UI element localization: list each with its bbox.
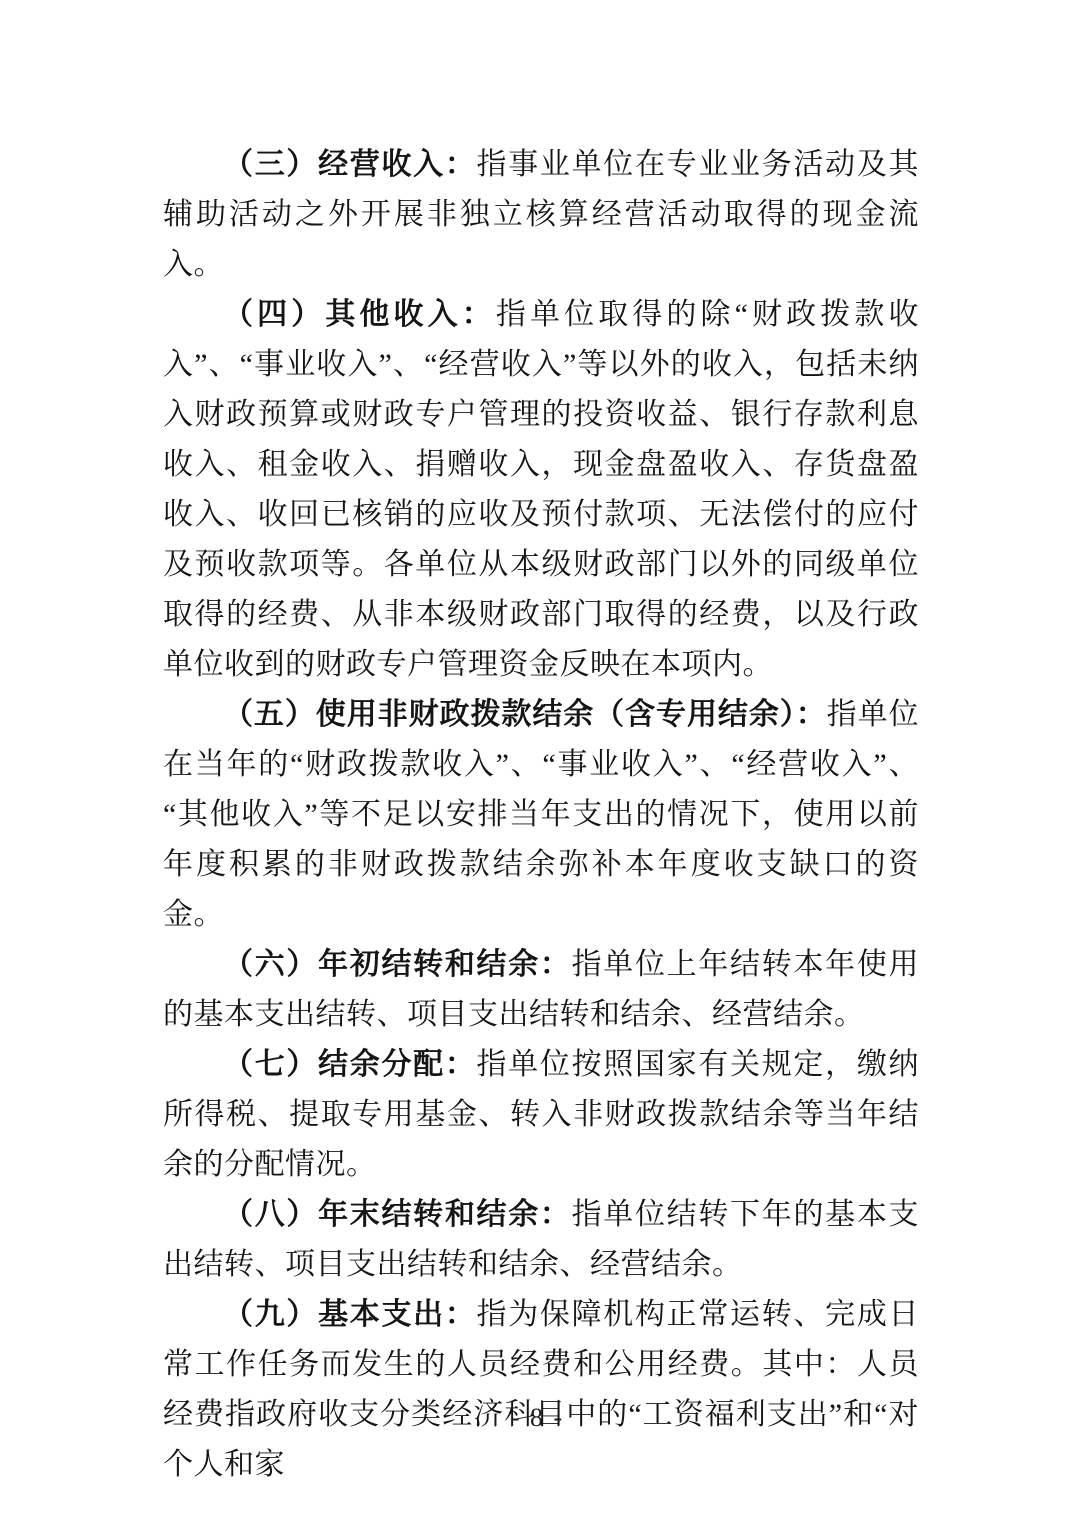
paragraph-item-4: （四）其他收入：指单位取得的除“财政拨款收入”、“事业收入”、“经营收入”等以外…: [163, 290, 919, 690]
document-page: （三）经营收入：指事业单位在专业业务活动及其辅助活动之外开展非独立核算经营活动取…: [0, 0, 1075, 1520]
paragraph-lead: （三）经营收入：: [223, 148, 477, 181]
paragraph-item-7: （七）结余分配：指单位按照国家有关规定，缴纳所得税、提取专用基金、转入非财政拨款…: [163, 1040, 919, 1190]
paragraph-lead: （五）使用非财政拨款结余（含专用结余）：: [223, 698, 827, 731]
paragraph-item-8: （八）年末结转和结余：指单位结转下年的基本支出结转、项目支出结转和结余、经营结余…: [163, 1190, 919, 1290]
paragraph-lead: （九）基本支出：: [223, 1298, 477, 1331]
paragraph-item-3: （三）经营收入：指事业单位在专业业务活动及其辅助活动之外开展非独立核算经营活动取…: [163, 140, 919, 290]
document-body: （三）经营收入：指事业单位在专业业务活动及其辅助活动之外开展非独立核算经营活动取…: [163, 140, 919, 1490]
paragraph-item-9: （九）基本支出：指为保障机构正常运转、完成日常工作任务而发生的人员经费和公用经费…: [163, 1290, 919, 1490]
paragraph-item-5: （五）使用非财政拨款结余（含专用结余）：指单位在当年的“财政拨款收入”、“事业收…: [163, 690, 919, 940]
paragraph-item-6: （六）年初结转和结余：指单位上年结转本年使用的基本支出结转、项目支出结转和结余、…: [163, 940, 919, 1040]
paragraph-lead: （六）年初结转和结余：: [223, 948, 572, 981]
paragraph-text: 指单位取得的除“财政拨款收入”、“事业收入”、“经营收入”等以外的收入，包括未纳…: [163, 298, 919, 681]
paragraph-text: 指单位在当年的“财政拨款收入”、“事业收入”、“经营收入”、“其他收入”等不足以…: [163, 698, 919, 931]
paragraph-lead: （四）其他收入：: [223, 298, 496, 331]
paragraph-lead: （七）结余分配：: [223, 1048, 477, 1081]
paragraph-lead: （八）年末结转和结余：: [223, 1198, 572, 1231]
page-number: - 8 -: [0, 1398, 1075, 1438]
